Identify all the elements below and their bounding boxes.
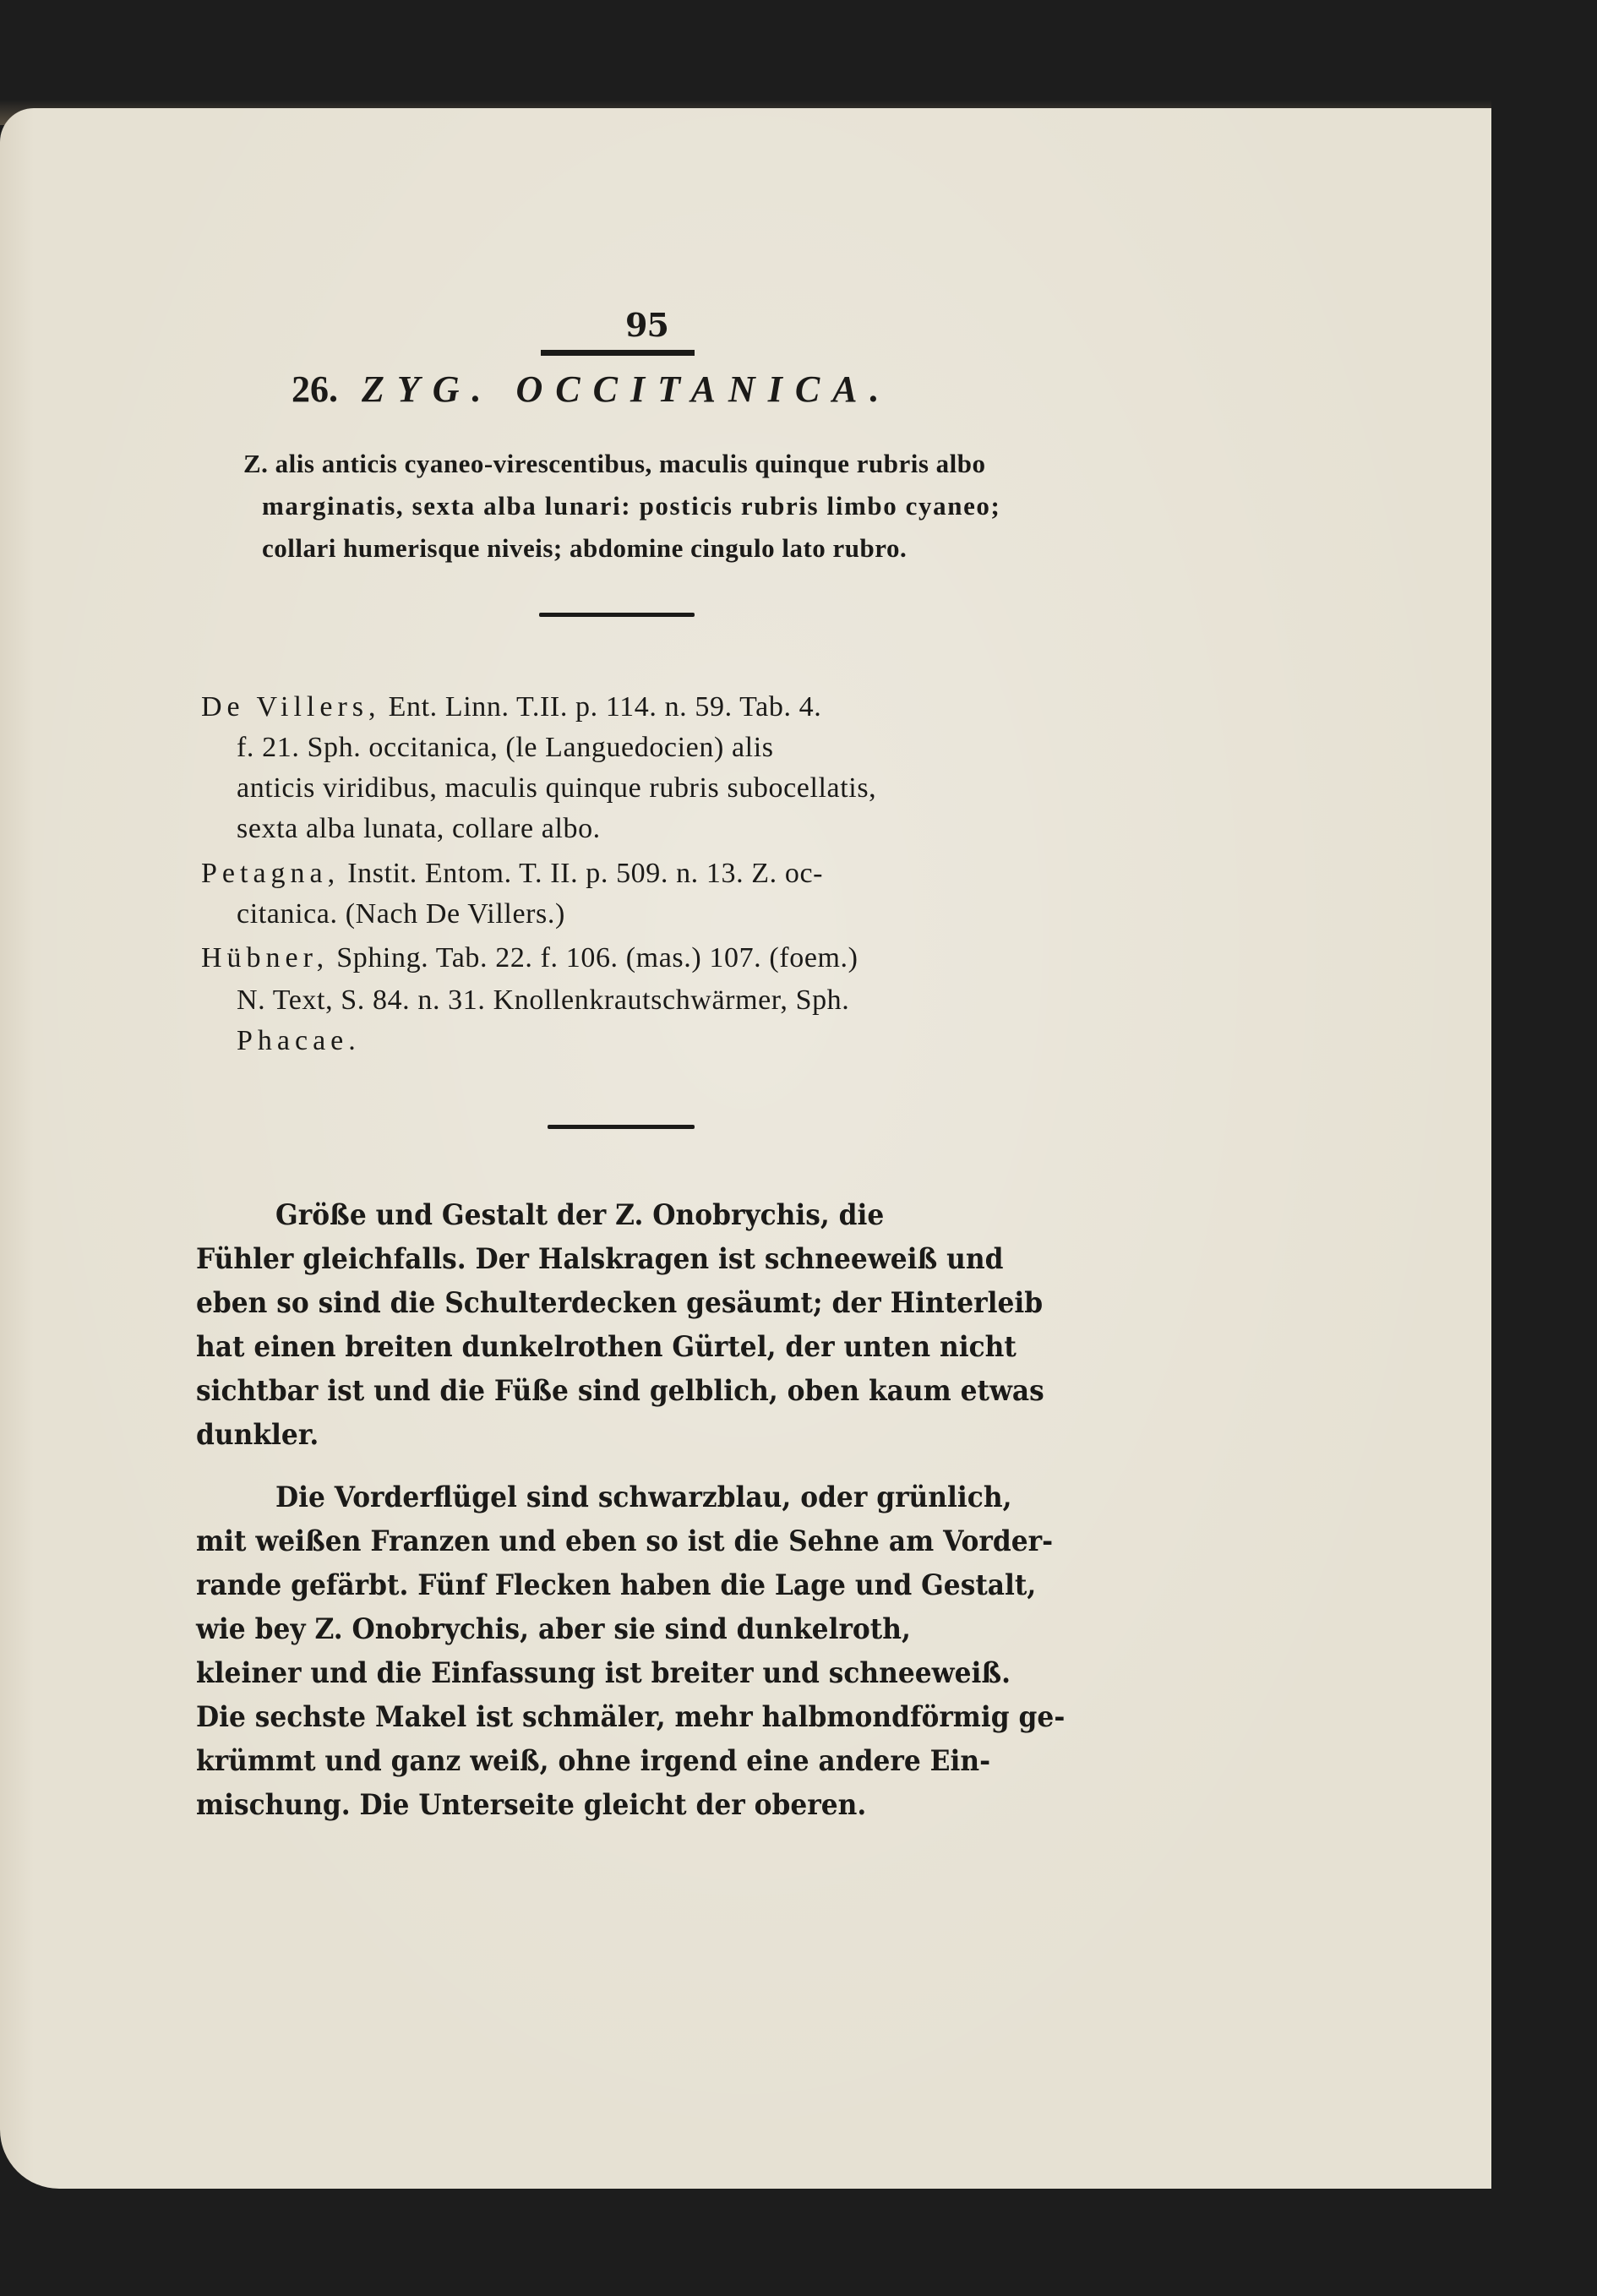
reference-line: De Villers, Ent. Linn. T.II. p. 114. n. … (201, 691, 821, 723)
reference-author: Petagna, (201, 858, 340, 889)
reference-line: citanica. (Nach De Villers.) (237, 898, 565, 930)
species-number: 26. (292, 368, 338, 410)
body-line: mit weißen Franzen und eben so ist die S… (196, 1524, 1053, 1558)
body-line: eben so sind die Schulterdecken gesäumt;… (196, 1286, 1043, 1320)
reference-author: Hübner, (201, 942, 329, 973)
reference-line: Hübner, Sphing. Tab. 22. f. 106. (mas.) … (201, 942, 858, 974)
reference-line: Phacae. (237, 1025, 361, 1057)
section-divider (539, 613, 695, 617)
reference-line: sexta alba lunata, collare albo. (237, 813, 601, 845)
page-number: 95 (625, 306, 668, 344)
body-line: Die Vorderflügel sind schwarzblau, oder … (275, 1481, 1011, 1514)
body-line: Größe und Gestalt der Z. Onobrychis, die (275, 1198, 884, 1232)
reference-text: Sphing. Tab. 22. f. 106. (mas.) 107. (fo… (329, 942, 858, 973)
body-line: rande gefärbt. Fünf Flecken haben die La… (196, 1568, 1036, 1602)
body-line: Fühler gleichfalls. Der Halskragen ist s… (196, 1242, 1004, 1276)
reference-text: Ent. Linn. T.II. p. 114. n. 59. Tab. 4. (381, 691, 822, 723)
diagnosis-line: collari humerisque niveis; abdomine cing… (262, 533, 907, 564)
body-line: mischung. Die Unterseite gleicht der obe… (196, 1788, 866, 1822)
body-line: kleiner und die Einfassung ist breiter u… (196, 1656, 1011, 1690)
diagnosis-line: Z. alis anticis cyaneo-virescentibus, ma… (243, 449, 986, 479)
reference-line: N. Text, S. 84. n. 31. Knollenkrautschwä… (237, 984, 849, 1017)
section-divider (548, 1125, 695, 1129)
body-line: sichtbar ist und die Füße sind gelblich,… (196, 1374, 1044, 1408)
reference-line: f. 21. Sph. occitanica, (le Languedocien… (237, 732, 774, 764)
body-line: dunkler. (196, 1418, 319, 1452)
book-page (0, 108, 1491, 2189)
species-heading: 26.ZYG. OCCITANICA. (292, 368, 892, 411)
body-line: krümmt und ganz weiß, ohne irgend eine a… (196, 1744, 990, 1778)
reference-author: De Villers, (201, 691, 381, 723)
body-line: Die sechste Makel ist schmäler, mehr hal… (196, 1700, 1065, 1734)
reference-text: Instit. Entom. T. II. p. 509. n. 13. Z. … (340, 858, 823, 889)
reference-line: anticis viridibus, maculis quinque rubri… (237, 772, 876, 804)
page-number-underline (541, 350, 695, 356)
diagnosis-line: marginatis, sexta alba lunari: posticis … (262, 491, 1000, 521)
body-line: wie bey Z. Onobrychis, aber sie sind dun… (196, 1612, 911, 1646)
reference-line: Petagna, Instit. Entom. T. II. p. 509. n… (201, 858, 823, 890)
body-line: hat einen breiten dunkelrothen Gürtel, d… (196, 1330, 1017, 1364)
species-title: ZYG. OCCITANICA. (362, 368, 892, 410)
